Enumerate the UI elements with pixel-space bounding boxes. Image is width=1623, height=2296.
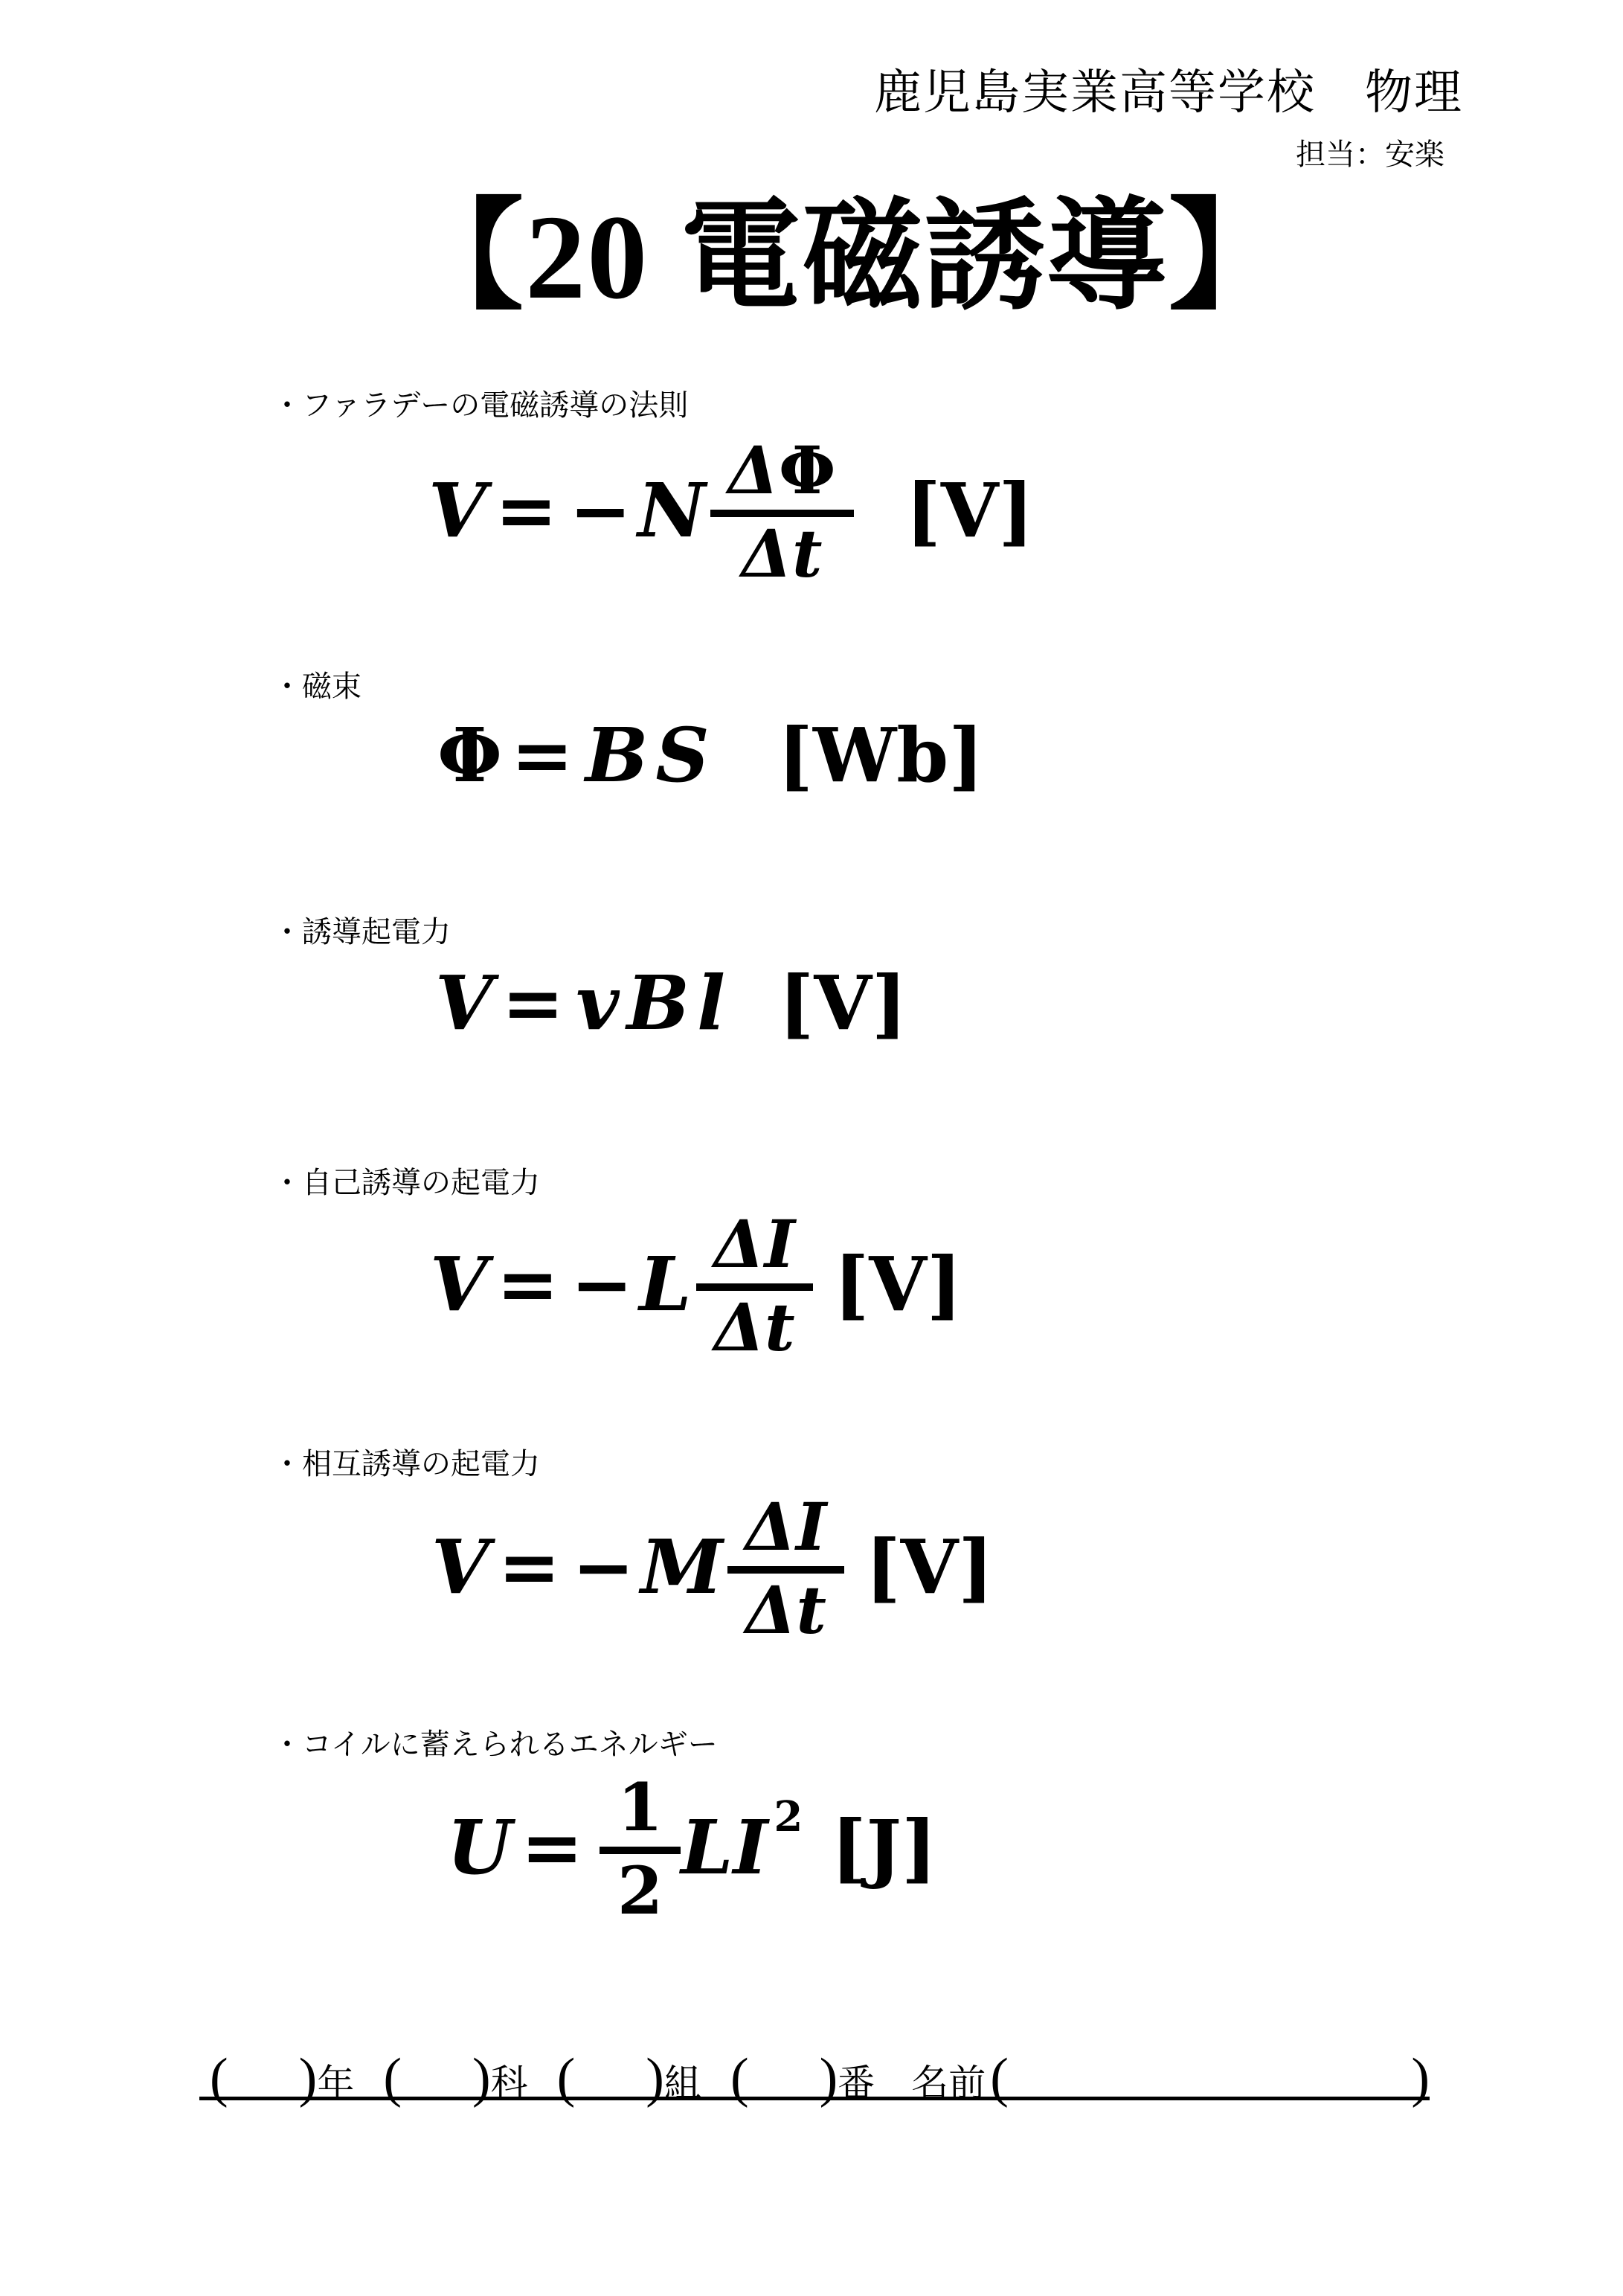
formula-lhs: U bbox=[447, 1803, 512, 1892]
formula-magnetic-flux: Φ = BS [Wb] bbox=[437, 711, 984, 800]
section-label-induced-emf: ・誘導起電力 bbox=[272, 915, 451, 949]
section-label-coil-energy: ・コイルに蓄えられるエネルギー bbox=[272, 1728, 718, 1762]
minus-sign: − bbox=[569, 466, 631, 555]
section-label-text: 誘導起電力 bbox=[302, 915, 451, 949]
formula-lhs: V bbox=[435, 958, 493, 1048]
delta-symbol: Δ bbox=[745, 1571, 796, 1649]
fraction-numerator: ΔI bbox=[696, 1209, 813, 1291]
fraction-denominator: Δt bbox=[714, 1291, 795, 1359]
formula-rhs: LI bbox=[681, 1803, 768, 1892]
formula-induced-emf: V = vBl [V] bbox=[435, 958, 907, 1048]
unit-bracket: [V] bbox=[865, 1522, 993, 1612]
bullet-icon: ・ bbox=[272, 670, 302, 704]
formula-coefficient: N bbox=[637, 466, 705, 555]
bullet-icon: ・ bbox=[272, 915, 302, 949]
phi-symbol: Φ bbox=[779, 432, 836, 509]
unit-bracket: [J] bbox=[831, 1803, 936, 1892]
section-label-magnetic-flux: ・磁束 bbox=[272, 670, 361, 704]
current-variable: I bbox=[796, 1488, 826, 1565]
formula-self-induction: V = − L ΔI Δt [V] bbox=[430, 1209, 962, 1359]
formula-rhs: vBl bbox=[576, 958, 733, 1048]
fraction-denominator: Δt bbox=[745, 1574, 826, 1642]
equals-sign: = bbox=[498, 1522, 561, 1612]
formula-lhs: Φ bbox=[437, 711, 502, 800]
equals-sign: = bbox=[497, 1240, 559, 1329]
delta-symbol: Δ bbox=[745, 1488, 796, 1565]
fill-in-underline bbox=[199, 2097, 1430, 2100]
delta-symbol: Δ bbox=[742, 515, 792, 592]
section-label-text: コイルに蓄えられるエネルギー bbox=[302, 1728, 718, 1761]
formula-coil-energy: U = 1 2 LI 2 [J] bbox=[447, 1772, 936, 1922]
equals-sign: = bbox=[511, 711, 573, 800]
staff-in-charge: 担当：安楽 bbox=[1296, 138, 1444, 171]
bullet-icon: ・ bbox=[272, 388, 302, 423]
formula-mutual-induction: V = − M ΔI Δt [V] bbox=[431, 1492, 994, 1641]
minus-sign: − bbox=[571, 1240, 633, 1329]
unit-bracket: [V] bbox=[906, 466, 1034, 555]
formula-lhs: V bbox=[431, 1522, 489, 1612]
section-label-faraday-law: ・ファラデーの電磁誘導の法則 bbox=[272, 388, 688, 423]
delta-symbol: Δ bbox=[728, 432, 779, 509]
fraction-numerator: 1 bbox=[600, 1772, 681, 1854]
section-label-text: 磁束 bbox=[302, 670, 361, 703]
school-subject-heading: 鹿児島実業高等学校 物理 bbox=[874, 65, 1463, 121]
section-label-text: 自己誘導の起電力 bbox=[302, 1166, 540, 1199]
equals-sign: = bbox=[521, 1803, 583, 1892]
time-variable: t bbox=[796, 1571, 826, 1649]
page-title: 【20 電磁誘導】 bbox=[0, 183, 1623, 334]
formula-coefficient: L bbox=[639, 1240, 691, 1329]
delta-symbol: Δ bbox=[714, 1289, 765, 1366]
fraction: ΔΦ Δt bbox=[710, 435, 854, 585]
current-variable: I bbox=[765, 1205, 795, 1283]
formula-lhs: V bbox=[430, 1240, 488, 1329]
equals-sign: = bbox=[502, 958, 565, 1048]
time-variable: t bbox=[765, 1289, 795, 1366]
fraction-denominator: 2 bbox=[617, 1854, 663, 1923]
formula-coefficient: M bbox=[640, 1522, 723, 1612]
exponent: 2 bbox=[774, 1792, 803, 1842]
delta-symbol: Δ bbox=[714, 1205, 765, 1283]
section-label-mutual-induction: ・相互誘導の起電力 bbox=[272, 1447, 540, 1481]
unit-bracket: [V] bbox=[834, 1240, 962, 1329]
fraction: 1 2 bbox=[600, 1772, 681, 1922]
fraction-numerator: ΔI bbox=[727, 1492, 844, 1574]
minus-sign: − bbox=[572, 1522, 634, 1612]
fraction: ΔI Δt bbox=[727, 1492, 844, 1641]
bullet-icon: ・ bbox=[272, 1166, 302, 1200]
unit-bracket: [V] bbox=[779, 958, 907, 1048]
section-label-text: ファラデーの電磁誘導の法則 bbox=[302, 388, 688, 422]
fraction-denominator: Δt bbox=[742, 517, 823, 586]
section-label-text: 相互誘導の起電力 bbox=[302, 1447, 540, 1481]
formula-faraday-law: V = − N ΔΦ Δt [V] bbox=[428, 435, 1034, 585]
section-label-self-induction: ・自己誘導の起電力 bbox=[272, 1166, 540, 1200]
fraction: ΔI Δt bbox=[696, 1209, 813, 1359]
formula-lhs: V bbox=[428, 466, 486, 555]
fraction-numerator: ΔΦ bbox=[710, 435, 854, 517]
unit-bracket: [Wb] bbox=[778, 711, 984, 800]
equals-sign: = bbox=[495, 466, 558, 555]
time-variable: t bbox=[792, 515, 823, 592]
formula-rhs: BS bbox=[585, 711, 717, 800]
bullet-icon: ・ bbox=[272, 1447, 302, 1481]
bullet-icon: ・ bbox=[272, 1728, 302, 1762]
